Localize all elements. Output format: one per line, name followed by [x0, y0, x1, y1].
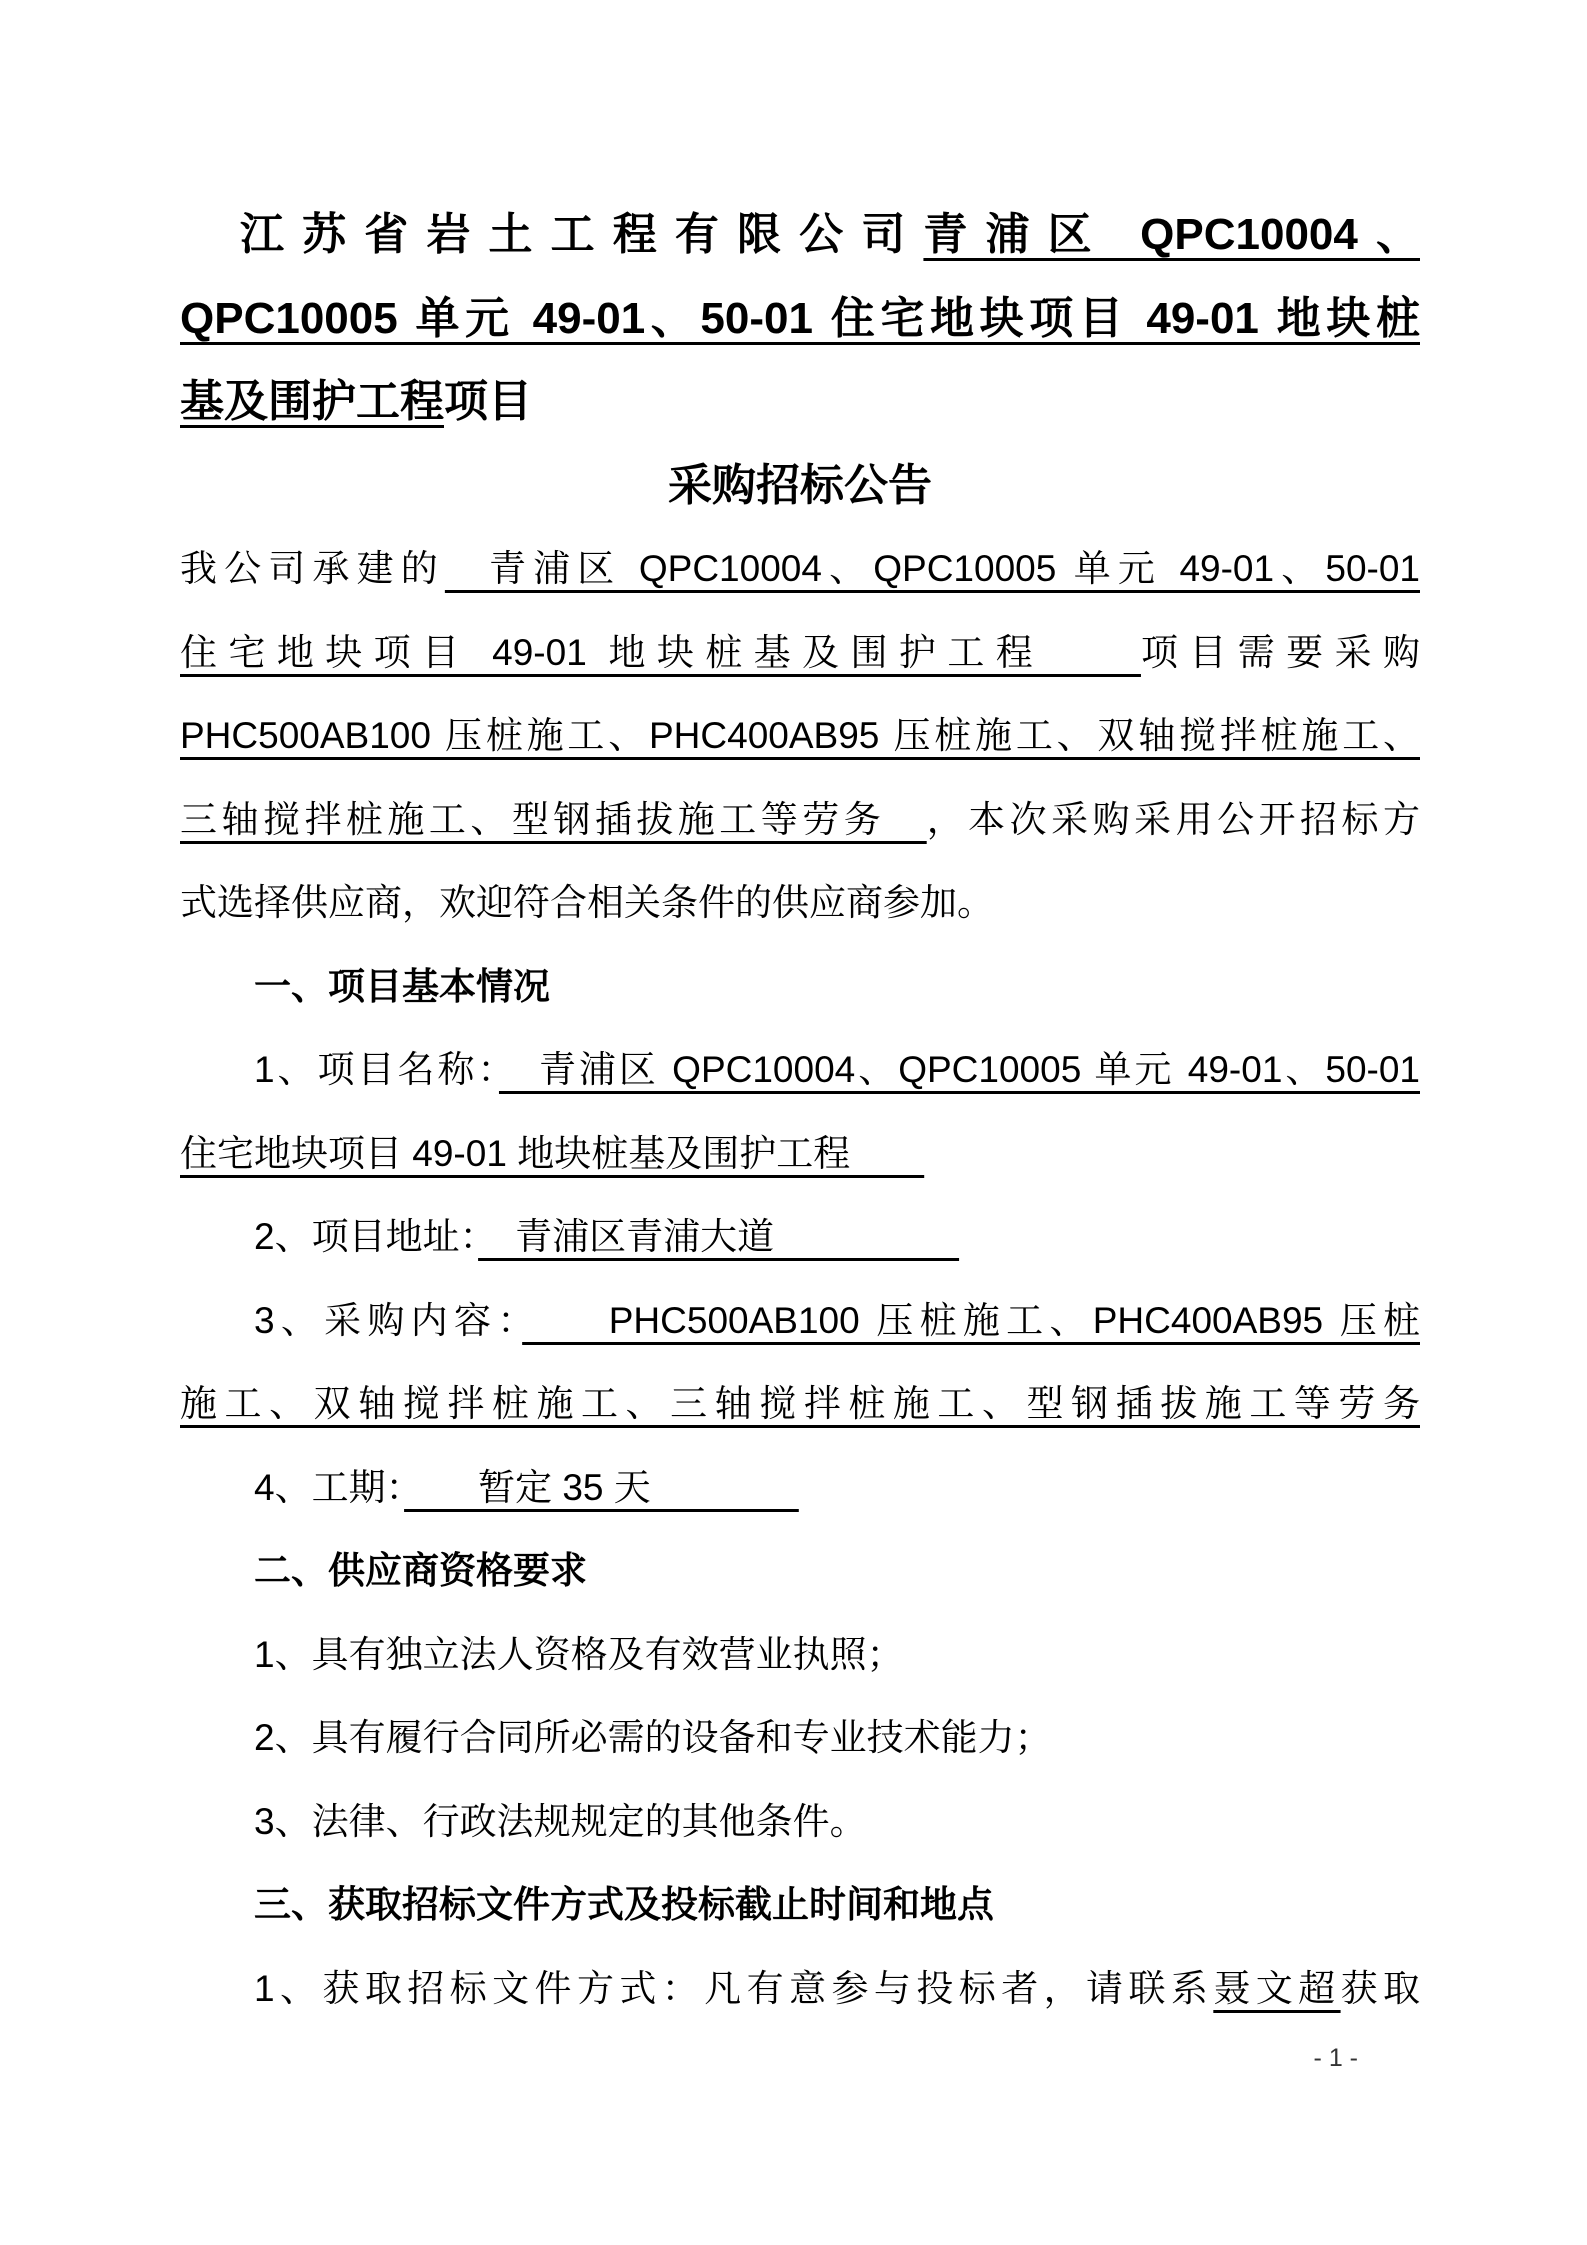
- text-segment: 3、采购内容：: [254, 1300, 522, 1341]
- text-line: 施工、双轴搅拌桩施工、三轴搅拌桩施工、型钢插拔施工等劳务: [180, 1362, 1420, 1446]
- text-line: 4、工期： 暂定 35 天: [180, 1446, 1420, 1530]
- text-segment: 江苏省岩土工程有限公司: [240, 210, 923, 259]
- text-segment: 项目: [444, 377, 532, 426]
- text-line: PHC500AB100 压桩施工、PHC400AB95 压桩施工、双轴搅拌桩施工…: [180, 694, 1420, 778]
- text-line: 1、具有独立法人资格及有效营业执照；: [180, 1613, 1420, 1697]
- text-segment: 1、项目名称：: [254, 1049, 499, 1090]
- text-segment: 3、法律、行政法规规定的其他条件。: [254, 1801, 867, 1842]
- text-line: 住宅地块项目 49-01 地块桩基及围护工程: [180, 1112, 1420, 1196]
- text-line: 3、采购内容： PHC500AB100 压桩施工、PHC400AB95 压桩: [180, 1279, 1420, 1363]
- document-title-line: 基及围护工程项目: [180, 360, 1420, 444]
- text-segment: 二、供应商资格要求: [254, 1550, 587, 1591]
- text-segment: 4、工期：: [254, 1467, 404, 1508]
- underlined-text: 青浦区 QPC10004、: [923, 210, 1420, 259]
- text-line: 三轴搅拌桩施工、型钢插拔施工等劳务 ，本次采购采用公开招标方: [180, 778, 1420, 862]
- underlined-text: 青浦区青浦大道: [478, 1216, 959, 1257]
- section-heading: 一、项目基本情况: [180, 945, 1420, 1029]
- text-segment: ，本次采购采用公开招标方: [927, 799, 1420, 840]
- text-segment: 1、具有独立法人资格及有效营业执照；: [254, 1634, 904, 1675]
- text-line: 2、具有履行合同所必需的设备和专业技术能力；: [180, 1696, 1420, 1780]
- text-line: 3、法律、行政法规规定的其他条件。: [180, 1780, 1420, 1864]
- text-line: 2、项目地址： 青浦区青浦大道: [180, 1195, 1420, 1279]
- text-segment: 项目需要采购: [1141, 632, 1420, 673]
- section-heading: 三、获取招标文件方式及投标截止时间和地点: [180, 1863, 1420, 1947]
- document-page: 江苏省岩土工程有限公司青浦区 QPC10004、QPC10005 单元 49-0…: [0, 0, 1587, 2245]
- underlined-text: 住宅地块项目 49-01 地块桩基及围护工程: [180, 632, 1141, 673]
- underlined-text: QPC10005 单元 49-01、50-01 住宅地块项目 49-01 地块桩: [180, 294, 1420, 343]
- section-heading: 二、供应商资格要求: [180, 1529, 1420, 1613]
- underlined-text: 青浦区 QPC10004、QPC10005 单元 49-01、50-01: [499, 1049, 1420, 1090]
- text-segment: 2、具有履行合同所必需的设备和专业技术能力；: [254, 1717, 1052, 1758]
- text-line: 我公司承建的 青浦区 QPC10004、QPC10005 单元 49-01、50…: [180, 527, 1420, 611]
- document-subtitle: 采购招标公告: [180, 444, 1420, 528]
- text-segment: 我公司承建的: [180, 548, 445, 589]
- text-line: 住宅地块项目 49-01 地块桩基及围护工程 项目需要采购: [180, 611, 1420, 695]
- underlined-text: 基及围护工程: [180, 377, 444, 426]
- underlined-text: 施工、双轴搅拌桩施工、三轴搅拌桩施工、型钢插拔施工等劳务: [180, 1383, 1420, 1424]
- text-line: 1、项目名称： 青浦区 QPC10004、QPC10005 单元 49-01、5…: [180, 1028, 1420, 1112]
- underlined-text: 三轴搅拌桩施工、型钢插拔施工等劳务: [180, 799, 927, 840]
- underlined-text: 聂文超: [1213, 1968, 1340, 2009]
- underlined-text: 住宅地块项目 49-01 地块桩基及围护工程: [180, 1133, 924, 1174]
- underlined-text: PHC500AB100 压桩施工、PHC400AB95 压桩: [522, 1300, 1420, 1341]
- document-title-line: QPC10005 单元 49-01、50-01 住宅地块项目 49-01 地块桩: [180, 277, 1420, 361]
- text-line: 1、获取招标文件方式：凡有意参与投标者，请联系聂文超获取: [180, 1947, 1420, 2031]
- text-segment: 获取: [1341, 1968, 1420, 2009]
- page-number: - 1 -: [180, 2036, 1420, 2080]
- document-content: 江苏省岩土工程有限公司青浦区 QPC10004、QPC10005 单元 49-0…: [180, 193, 1420, 2030]
- text-line: 式选择供应商，欢迎符合相关条件的供应商参加。: [180, 861, 1420, 945]
- text-segment: 三、获取招标文件方式及投标截止时间和地点: [254, 1884, 994, 1925]
- document-title-line: 江苏省岩土工程有限公司青浦区 QPC10004、: [180, 193, 1420, 277]
- text-segment: 1、获取招标文件方式：凡有意参与投标者，请联系: [254, 1968, 1213, 2009]
- underlined-text: 暂定 35 天: [404, 1467, 799, 1508]
- underlined-text: PHC500AB100 压桩施工、PHC400AB95 压桩施工、双轴搅拌桩施工…: [180, 715, 1420, 756]
- text-segment: 式选择供应商，欢迎符合相关条件的供应商参加。: [180, 882, 994, 923]
- underlined-text: 青浦区 QPC10004、QPC10005 单元 49-01、50-01: [445, 548, 1420, 589]
- text-segment: 采购招标公告: [668, 461, 932, 510]
- text-segment: 2、项目地址：: [254, 1216, 478, 1257]
- text-segment: 一、项目基本情况: [254, 966, 550, 1007]
